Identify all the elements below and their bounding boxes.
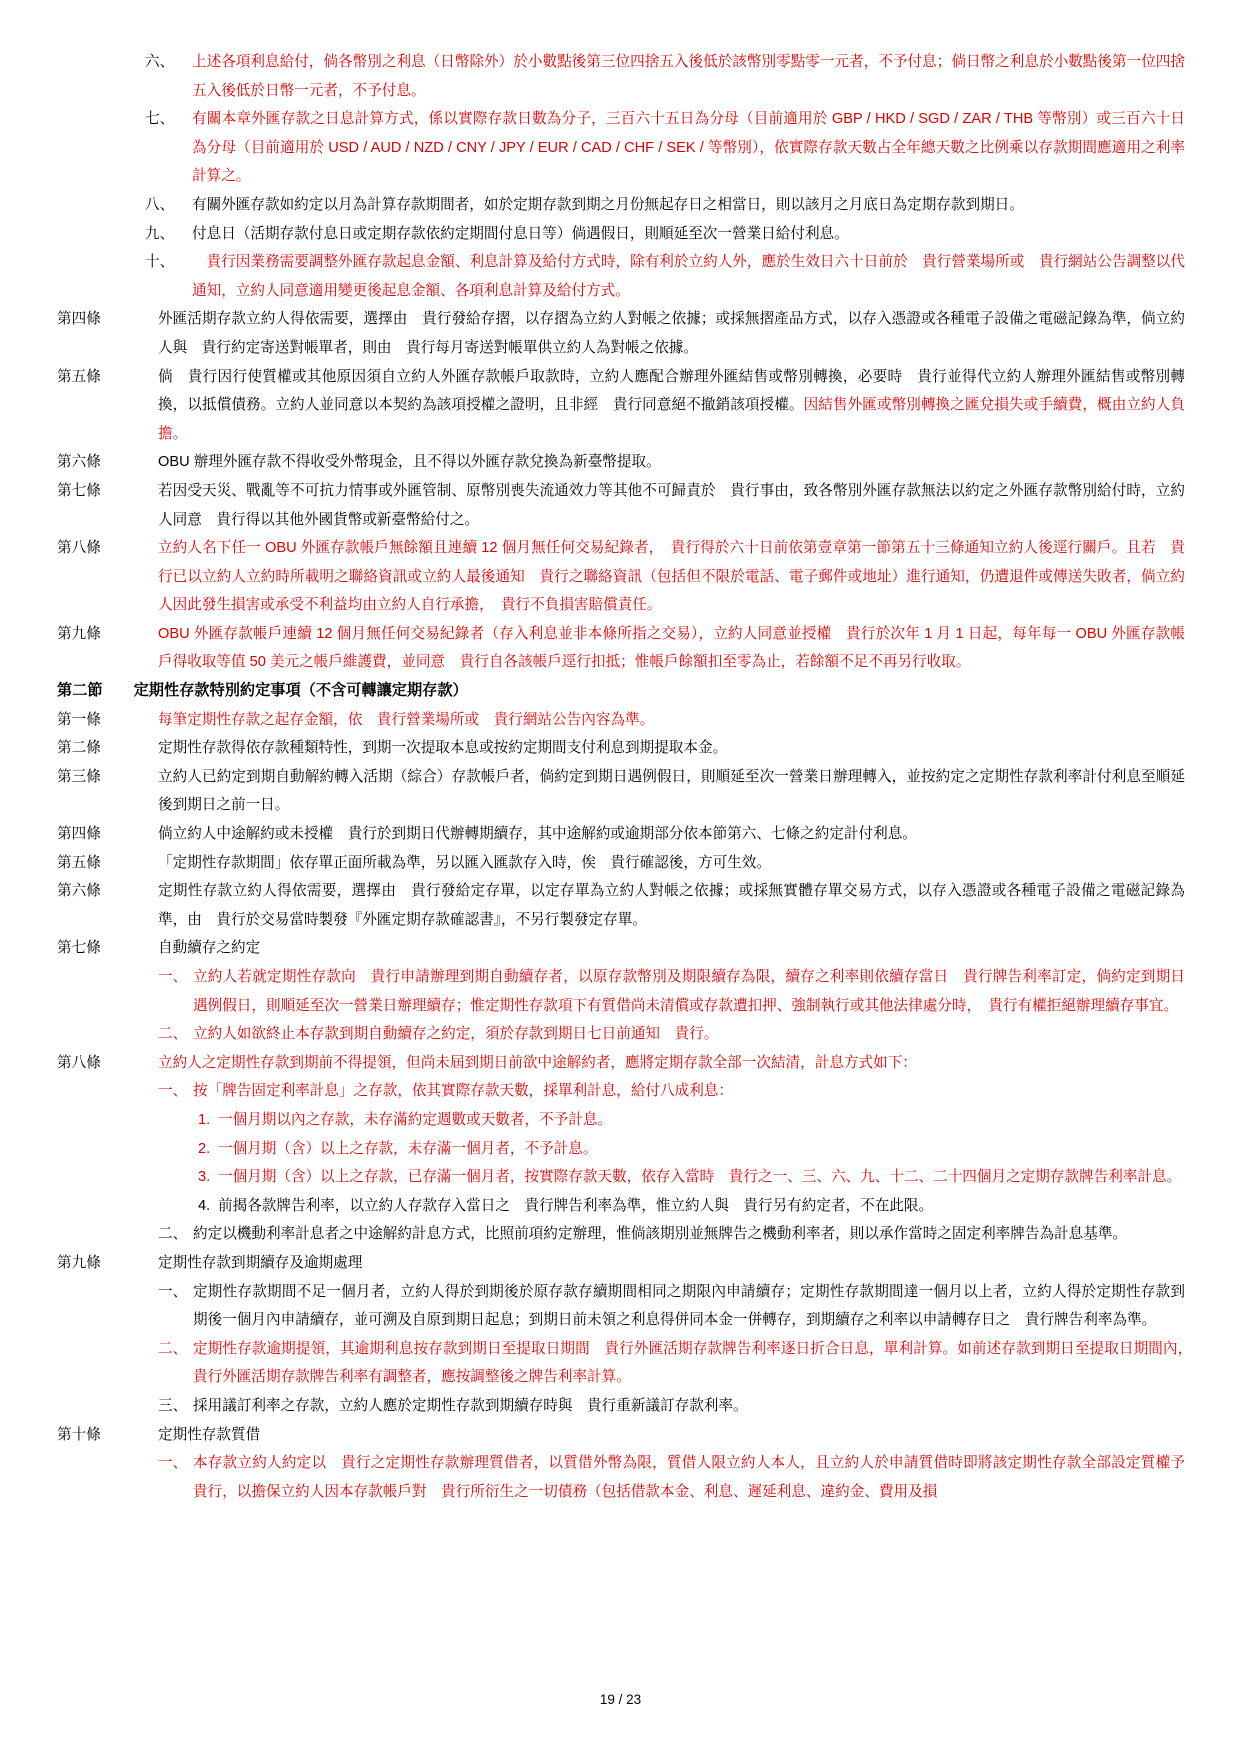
text-run: 每筆定期性存款之起存金額，依 貴行營業場所或 貴行網站公告內容為準。 xyxy=(158,712,654,728)
article-label: 第五條 xyxy=(57,363,101,392)
text-run: 按「牌告固定利率計息」之存款，依其實際存款天數，採單利計息，給付八成利息： xyxy=(193,1083,733,1099)
article-clause: 第九條定期性存款到期續存及逾期處理 xyxy=(57,1249,1185,1278)
clause-text: 一個月期（含）以上之存款，未存滿一個月者，不予計息。 xyxy=(218,1141,597,1157)
list-item: 1.一個月期以內之存款，未存滿約定週數或天數者，不予計息。 xyxy=(198,1106,1185,1135)
clause-text: 貴行因業務需要調整外匯存款起息金額、利息計算及給付方式時，除有利於立約人外，應於… xyxy=(192,254,1185,299)
document-body: 六、上述各項利息給付，倘各幣別之利息（日幣除外）於小數點後第三位四捨五入後低於該… xyxy=(0,48,1241,1506)
article-label: 第三條 xyxy=(57,763,101,792)
item-marker: 2. xyxy=(198,1135,210,1164)
article-clause: 第四條外匯活期存款立約人得依需要，選擇由 貴行發給存摺，以存摺為立約人對帳之依據… xyxy=(57,305,1185,362)
item-marker: 二、 xyxy=(158,1220,187,1249)
article-label: 第九條 xyxy=(57,1249,101,1278)
list-item: 4.前揭各款牌告利率，以立約人存款存入當日之 貴行牌告利率為準，惟立約人與 貴行… xyxy=(198,1192,1185,1221)
clause-text: 付息日（活期存款付息日或定期存款依約定期間付息日等）倘遇假日，則順延至次一營業日… xyxy=(192,226,849,242)
article-clause: 第五條倘 貴行因行使質權或其他原因須自立約人外匯存款帳戶取款時，立約人應配合辦理… xyxy=(57,363,1185,449)
item-marker: 八、 xyxy=(145,191,174,220)
article-clause: 第九條OBU 外匯存款帳戶連續 12 個月無任何交易紀錄者（存入利息並非本條所指… xyxy=(57,620,1185,677)
clause-text: 定期性存款期間不足一個月者，立約人得於到期後於原存款存續期間相同之期限內申請續存… xyxy=(193,1284,1185,1329)
list-item: 二、立約人如欲終止本存款到期自動續存之約定，須於存款到期日七日前通知 貴行。 xyxy=(158,1020,1185,1049)
list-item: 一、本存款立約人約定以 貴行之定期性存款辦理質借者，以質借外幣為限，質借人限立約… xyxy=(158,1449,1185,1506)
clause-text: 一個月期以內之存款，未存滿約定週數或天數者，不予計息。 xyxy=(218,1112,612,1128)
clause-text: OBU 辦理外匯存款不得收受外幣現金，且不得以外匯存款兌換為新臺幣提取。 xyxy=(158,454,661,470)
clause-text: 定期性存款質借 xyxy=(158,1427,260,1443)
clause-text: OBU 外匯存款帳戶連續 12 個月無任何交易紀錄者（存入利息並非本條所指之交易… xyxy=(158,626,1185,671)
page-number: 19 / 23 xyxy=(0,1690,1241,1710)
clause-text: 立約人如欲終止本存款到期自動續存之約定，須於存款到期日七日前通知 貴行。 xyxy=(193,1026,718,1042)
clause-text: 「定期性存款期間」依存單正面所載為準，另以匯入匯款存入時，俟 貴行確認後，方可生… xyxy=(158,855,771,871)
clause-text: 定期性存款得依存款種類特性，到期一次提取本息或按約定期間支付利息到期提取本金。 xyxy=(158,740,727,756)
item-marker: 3. xyxy=(198,1163,210,1192)
text-run: 有關外匯存款如約定以月為計算存款期間者，如於定期存款到期之月份無起存日之相當日，… xyxy=(192,197,1024,213)
text-run: 定期性存款逾期提領，其逾期利息按存款到期日至提取日期間 貴行外匯活期存款牌告利率… xyxy=(193,1341,1200,1386)
text-run: 定期性存款得依存款種類特性，到期一次提取本息或按約定期間支付利息到期提取本金。 xyxy=(158,740,727,756)
article-clause: 第六條OBU 辦理外匯存款不得收受外幣現金，且不得以外匯存款兌換為新臺幣提取。 xyxy=(57,448,1185,477)
text-run: 自動續存之約定 xyxy=(158,940,260,956)
item-marker: 九、 xyxy=(145,220,174,249)
text-run: 一個月期以內之存款，未存滿約定週數或天數者，不予計息。 xyxy=(218,1112,612,1128)
clause-text: 立約人已約定到期自動解約轉入活期（綜合）存款帳戶者，倘約定到期日遇例假日，則順延… xyxy=(158,769,1185,814)
text-run: 定期性存款質借 xyxy=(158,1427,260,1443)
text-run: 立約人若就定期性存款向 貴行申請辦理到期自動續存者，以原存款幣別及期限續存為限，… xyxy=(193,969,1185,1014)
item-marker: 十、 xyxy=(145,248,174,277)
text-run: 定期性存款期間不足一個月者，立約人得於到期後於原存款存續期間相同之期限內申請續存… xyxy=(193,1284,1185,1329)
item-marker: 一、 xyxy=(158,1278,187,1307)
clause-text: 按「牌告固定利率計息」之存款，依其實際存款天數，採單利計息，給付八成利息： xyxy=(193,1083,733,1099)
clause-text: 定期性存款逾期提領，其逾期利息按存款到期日至提取日期間 貴行外匯活期存款牌告利率… xyxy=(193,1341,1200,1386)
article-clause: 第七條自動續存之約定 xyxy=(57,934,1185,963)
clause-text: 倘立約人中途解約或未授權 貴行於到期日代辦轉期續存，其中途解約或逾期部分依本節第… xyxy=(158,826,917,842)
item-marker: 一、 xyxy=(158,963,187,992)
text-run: 貴行因業務需要調整外匯存款起息金額、利息計算及給付方式時，除有利於立約人外，應於… xyxy=(192,254,1185,299)
article-label: 第十條 xyxy=(57,1421,101,1450)
item-marker: 一、 xyxy=(158,1449,187,1478)
article-label: 第八條 xyxy=(57,534,101,563)
list-item: 一、按「牌告固定利率計息」之存款，依其實際存款天數，採單利計息，給付八成利息： xyxy=(158,1077,1185,1106)
text-run: 立約人如欲終止本存款到期自動續存之約定，須於存款到期日七日前通知 貴行。 xyxy=(193,1026,718,1042)
clause-text: 約定以機動利率計息者之中途解約計息方式，比照前項約定辦理，惟倘該期別並無牌告之機… xyxy=(193,1226,1127,1242)
text-run: 定期性存款立約人得依需要，選擇由 貴行發給定存單，以定存單為立約人對帳之依據；或… xyxy=(158,883,1185,928)
article-clause: 第十條定期性存款質借 xyxy=(57,1421,1185,1450)
section-title: 定期性存款特別約定事項（不含可轉讓定期存款） xyxy=(134,682,468,699)
clause-text: 定期性存款立約人得依需要，選擇由 貴行發給定存單，以定存單為立約人對帳之依據；或… xyxy=(158,883,1185,928)
article-label: 第七條 xyxy=(57,477,101,506)
section-header: 第二節定期性存款特別約定事項（不含可轉讓定期存款） xyxy=(57,677,1185,706)
text-run: 一個月期（含）以上之存款，未存滿一個月者，不予計息。 xyxy=(218,1141,597,1157)
article-clause: 第四條倘立約人中途解約或未授權 貴行於到期日代辦轉期續存，其中途解約或逾期部分依… xyxy=(57,820,1185,849)
text-run: 若因受天災、戰亂等不可抗力情事或外匯管制、原幣別喪失流通效力等其他不可歸責於 貴… xyxy=(158,483,1185,528)
article-clause: 第二條定期性存款得依存款種類特性，到期一次提取本息或按約定期間支付利息到期提取本… xyxy=(57,734,1185,763)
clause-text: 有關外匯存款如約定以月為計算存款期間者，如於定期存款到期之月份無起存日之相當日，… xyxy=(192,197,1024,213)
clause-text: 一個月期（含）以上之存款，已存滿一個月者，按實際存款天數，依存入當時 貴行之一、… xyxy=(218,1169,1181,1185)
clause-text: 定期性存款到期續存及逾期處理 xyxy=(158,1255,362,1271)
item-marker: 三、 xyxy=(158,1392,187,1421)
document-page: 六、上述各項利息給付，倘各幣別之利息（日幣除外）於小數點後第三位四捨五入後低於該… xyxy=(0,0,1241,1754)
text-run: 立約人名下任一 OBU 外匯存款帳戶無餘額且連續 12 個月無任何交易紀錄者， … xyxy=(158,540,1185,613)
clause-text: 定期性存款特別約定事項（不含可轉讓定期存款） xyxy=(134,682,468,699)
article-label: 第九條 xyxy=(57,620,101,649)
text-run: 付息日（活期存款付息日或定期存款依約定期間付息日等）倘遇假日，則順延至次一營業日… xyxy=(192,226,849,242)
text-run: 定期性存款到期續存及逾期處理 xyxy=(158,1255,362,1271)
list-item: 七、有關本章外匯存款之日息計算方式，係以實際存款日數為分子，三百六十五日為分母（… xyxy=(145,105,1185,191)
clause-text: 自動續存之約定 xyxy=(158,940,260,956)
article-label: 第四條 xyxy=(57,305,101,334)
clause-text: 本存款立約人約定以 貴行之定期性存款辦理質借者，以質借外幣為限，質借人限立約人本… xyxy=(193,1455,1200,1500)
clause-text: 立約人之定期性存款到期前不得提領，但尚未屆到期日前欲中途解約者，應將定期存款全部… xyxy=(158,1055,917,1071)
text-run: 一個月期（含）以上之存款，已存滿一個月者，按實際存款天數，依存入當時 貴行之一、… xyxy=(218,1169,1181,1185)
list-item: 三、採用議訂利率之存款，立約人應於定期性存款到期續存時與 貴行重新議訂存款利率。 xyxy=(158,1392,1185,1421)
text-run: 立約人之定期性存款到期前不得提領，但尚未屆到期日前欲中途解約者，應將定期存款全部… xyxy=(158,1055,917,1071)
text-run: OBU 外匯存款帳戶連續 12 個月無任何交易紀錄者（存入利息並非本條所指之交易… xyxy=(158,626,1185,671)
list-item: 八、有關外匯存款如約定以月為計算存款期間者，如於定期存款到期之月份無起存日之相當… xyxy=(145,191,1185,220)
text-run: 倘立約人中途解約或未授權 貴行於到期日代辦轉期續存，其中途解約或逾期部分依本節第… xyxy=(158,826,917,842)
clause-text: 採用議訂利率之存款，立約人應於定期性存款到期續存時與 貴行重新議訂存款利率。 xyxy=(193,1398,748,1414)
article-clause: 第八條立約人名下任一 OBU 外匯存款帳戶無餘額且連續 12 個月無任何交易紀錄… xyxy=(57,534,1185,620)
article-label: 第二條 xyxy=(57,734,101,763)
article-clause: 第七條若因受天災、戰亂等不可抗力情事或外匯管制、原幣別喪失流通效力等其他不可歸責… xyxy=(57,477,1185,534)
clause-text: 立約人名下任一 OBU 外匯存款帳戶無餘額且連續 12 個月無任何交易紀錄者， … xyxy=(158,540,1185,613)
list-item: 十、 貴行因業務需要調整外匯存款起息金額、利息計算及給付方式時，除有利於立約人外… xyxy=(145,248,1185,305)
article-clause: 第三條立約人已約定到期自動解約轉入活期（綜合）存款帳戶者，倘約定到期日遇例假日，… xyxy=(57,763,1185,820)
list-item: 二、定期性存款逾期提領，其逾期利息按存款到期日至提取日期間 貴行外匯活期存款牌告… xyxy=(158,1335,1185,1392)
text-run: 有關本章外匯存款之日息計算方式，係以實際存款日數為分子，三百六十五日為分母（目前… xyxy=(192,111,1185,184)
article-clause: 第一條每筆定期性存款之起存金額，依 貴行營業場所或 貴行網站公告內容為準。 xyxy=(57,706,1185,735)
text-run: 「定期性存款期間」依存單正面所載為準，另以匯入匯款存入時，俟 貴行確認後，方可生… xyxy=(158,855,771,871)
list-item: 3.一個月期（含）以上之存款，已存滿一個月者，按實際存款天數，依存入當時 貴行之… xyxy=(198,1163,1185,1192)
list-item: 一、定期性存款期間不足一個月者，立約人得於到期後於原存款存續期間相同之期限內申請… xyxy=(158,1278,1185,1335)
clause-text: 外匯活期存款立約人得依需要，選擇由 貴行發給存摺，以存摺為立約人對帳之依據；或採… xyxy=(158,311,1185,356)
article-label: 第四條 xyxy=(57,820,101,849)
article-label: 第一條 xyxy=(57,706,101,735)
article-label: 第六條 xyxy=(57,448,101,477)
clause-text: 立約人若就定期性存款向 貴行申請辦理到期自動續存者，以原存款幣別及期限續存為限，… xyxy=(193,969,1185,1014)
text-run: 約定以機動利率計息者之中途解約計息方式，比照前項約定辦理，惟倘該期別並無牌告之機… xyxy=(193,1226,1127,1242)
article-clause: 第八條立約人之定期性存款到期前不得提領，但尚未屆到期日前欲中途解約者，應將定期存… xyxy=(57,1049,1185,1078)
text-run: 立約人已約定到期自動解約轉入活期（綜合）存款帳戶者，倘約定到期日遇例假日，則順延… xyxy=(158,769,1185,814)
section-label: 第二節 xyxy=(57,677,103,706)
clause-text: 前揭各款牌告利率，以立約人存款存入當日之 貴行牌告利率為準，惟立約人與 貴行另有… xyxy=(218,1198,933,1214)
list-item: 九、付息日（活期存款付息日或定期存款依約定期間付息日等）倘遇假日，則順延至次一營… xyxy=(145,220,1185,249)
clause-text: 若因受天災、戰亂等不可抗力情事或外匯管制、原幣別喪失流通效力等其他不可歸責於 貴… xyxy=(158,483,1185,528)
clause-text: 上述各項利息給付，倘各幣別之利息（日幣除外）於小數點後第三位四捨五入後低於該幣別… xyxy=(192,54,1185,99)
article-label: 第六條 xyxy=(57,877,101,906)
text-run: 本存款立約人約定以 貴行之定期性存款辦理質借者，以質借外幣為限，質借人限立約人本… xyxy=(193,1455,1200,1500)
list-item: 一、立約人若就定期性存款向 貴行申請辦理到期自動續存者，以原存款幣別及期限續存為… xyxy=(158,963,1185,1020)
item-marker: 二、 xyxy=(158,1020,187,1049)
item-marker: 六、 xyxy=(145,48,174,77)
clause-text: 每筆定期性存款之起存金額，依 貴行營業場所或 貴行網站公告內容為準。 xyxy=(158,712,654,728)
item-marker: 二、 xyxy=(158,1335,187,1364)
article-label: 第五條 xyxy=(57,849,101,878)
item-marker: 1. xyxy=(198,1106,210,1135)
text-run: OBU 辦理外匯存款不得收受外幣現金，且不得以外匯存款兌換為新臺幣提取。 xyxy=(158,454,661,470)
item-marker: 4. xyxy=(198,1192,210,1221)
article-label: 第八條 xyxy=(57,1049,101,1078)
clause-text: 倘 貴行因行使質權或其他原因須自立約人外匯存款帳戶取款時，立約人應配合辦理外匯結… xyxy=(158,369,1185,442)
item-marker: 一、 xyxy=(158,1077,187,1106)
text-run: 前揭各款牌告利率，以立約人存款存入當日之 貴行牌告利率為準，惟立約人與 貴行另有… xyxy=(218,1198,933,1214)
text-run: 外匯活期存款立約人得依需要，選擇由 貴行發給存摺，以存摺為立約人對帳之依據；或採… xyxy=(158,311,1185,356)
text-run: 採用議訂利率之存款，立約人應於定期性存款到期續存時與 貴行重新議訂存款利率。 xyxy=(193,1398,748,1414)
text-run: 上述各項利息給付，倘各幣別之利息（日幣除外）於小數點後第三位四捨五入後低於該幣別… xyxy=(192,54,1185,99)
list-item: 二、約定以機動利率計息者之中途解約計息方式，比照前項約定辦理，惟倘該期別並無牌告… xyxy=(158,1220,1185,1249)
clause-text: 有關本章外匯存款之日息計算方式，係以實際存款日數為分子，三百六十五日為分母（目前… xyxy=(192,111,1185,184)
list-item: 2.一個月期（含）以上之存款，未存滿一個月者，不予計息。 xyxy=(198,1135,1185,1164)
article-clause: 第六條定期性存款立約人得依需要，選擇由 貴行發給定存單，以定存單為立約人對帳之依… xyxy=(57,877,1185,934)
item-marker: 七、 xyxy=(145,105,174,134)
article-clause: 第五條「定期性存款期間」依存單正面所載為準，另以匯入匯款存入時，俟 貴行確認後，… xyxy=(57,849,1185,878)
list-item: 六、上述各項利息給付，倘各幣別之利息（日幣除外）於小數點後第三位四捨五入後低於該… xyxy=(145,48,1185,105)
article-label: 第七條 xyxy=(57,934,101,963)
